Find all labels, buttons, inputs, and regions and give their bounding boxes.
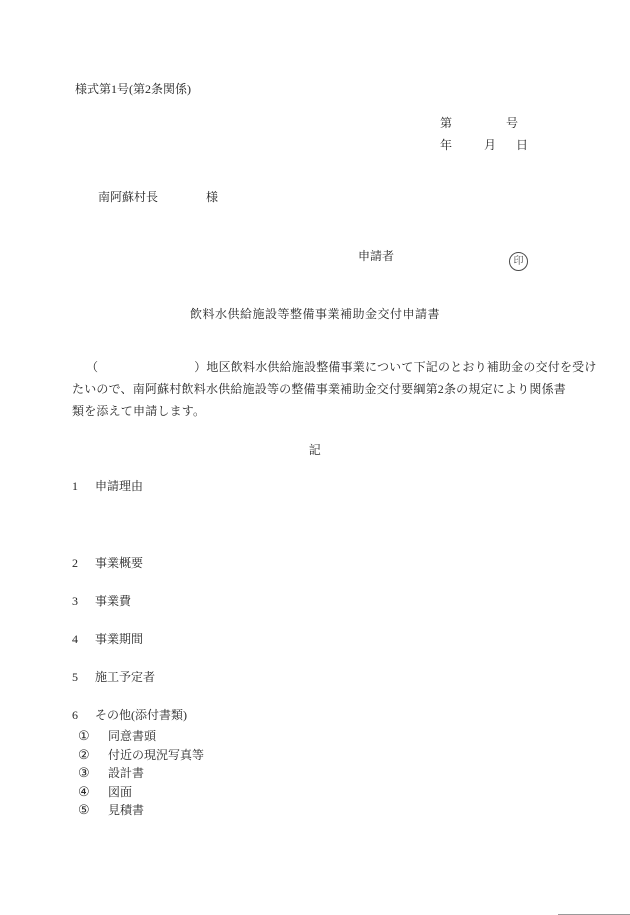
attachment-label: 同意書頭 xyxy=(108,729,156,743)
open-paren: （ xyxy=(86,360,98,374)
item-label: 申請理由 xyxy=(95,479,143,493)
attachment-number: ⑤ xyxy=(78,803,108,816)
item-label: その他(添付書類) xyxy=(95,708,187,722)
body-line-1: （）地区飲料水供給施設整備事業について下記のとおり補助金の交付を受け xyxy=(72,361,597,373)
attachment-number: ② xyxy=(78,748,108,761)
application-form-page: 様式第1号(第2条関係) 第 号 年 月 日 南阿蘇村長 様 申請者 印 飲料水… xyxy=(0,0,630,915)
date-year-label: 年 xyxy=(440,139,452,151)
item-number: 5 xyxy=(72,671,95,683)
body-line-3: 類を添えて申請します。 xyxy=(72,405,205,417)
date-month-label: 月 xyxy=(484,139,496,151)
doc-number-suffix: 号 xyxy=(506,117,518,129)
attachment-item: ③設計書 xyxy=(78,766,144,779)
doc-number-prefix: 第 xyxy=(440,117,452,129)
addressee-name: 南阿蘇村長 xyxy=(98,191,158,203)
date-day-label: 日 xyxy=(516,139,528,151)
record-heading: 記 xyxy=(0,444,630,456)
attachment-item: ①同意書頭 xyxy=(78,729,156,742)
document-title: 飲料水供給施設等整備事業補助金交付申請書 xyxy=(0,308,630,320)
list-item: 5施工予定者 xyxy=(72,671,155,683)
item-number: 4 xyxy=(72,633,95,645)
attachment-number: ③ xyxy=(78,766,108,779)
body-line-2: たいので、南阿蘇村飲料水供給施設等の整備事業補助金交付要綱第2条の規定により関係… xyxy=(72,383,566,395)
attachment-label: 付近の現況写真等 xyxy=(108,748,204,762)
body-line-1-text: ）地区飲料水供給施設整備事業について下記のとおり補助金の交付を受け xyxy=(194,360,596,374)
item-number: 3 xyxy=(72,595,95,607)
item-number: 2 xyxy=(72,557,95,569)
attachment-number: ① xyxy=(78,729,108,742)
addressee-honorific: 様 xyxy=(206,191,218,203)
item-label: 事業期間 xyxy=(95,632,143,646)
applicant-label: 申請者 xyxy=(358,250,394,262)
item-label: 事業費 xyxy=(95,594,131,608)
attachment-label: 図面 xyxy=(108,785,132,799)
list-item: 3事業費 xyxy=(72,595,131,607)
attachment-item: ⑤見積書 xyxy=(78,803,144,816)
list-item: 6その他(添付書類) xyxy=(72,709,187,721)
attachment-item: ④図面 xyxy=(78,785,132,798)
attachment-number: ④ xyxy=(78,785,108,798)
item-number: 1 xyxy=(72,480,95,492)
item-label: 施工予定者 xyxy=(95,670,155,684)
list-item: 1申請理由 xyxy=(72,480,143,492)
attachment-label: 見積書 xyxy=(108,803,144,817)
attachment-item: ②付近の現況写真等 xyxy=(78,748,204,761)
item-number: 6 xyxy=(72,709,95,721)
list-item: 4事業期間 xyxy=(72,633,143,645)
seal-icon: 印 xyxy=(509,252,528,271)
attachment-label: 設計書 xyxy=(108,766,144,780)
list-item: 2事業概要 xyxy=(72,557,143,569)
form-style-note: 様式第1号(第2条関係) xyxy=(75,83,191,95)
item-label: 事業概要 xyxy=(95,556,143,570)
